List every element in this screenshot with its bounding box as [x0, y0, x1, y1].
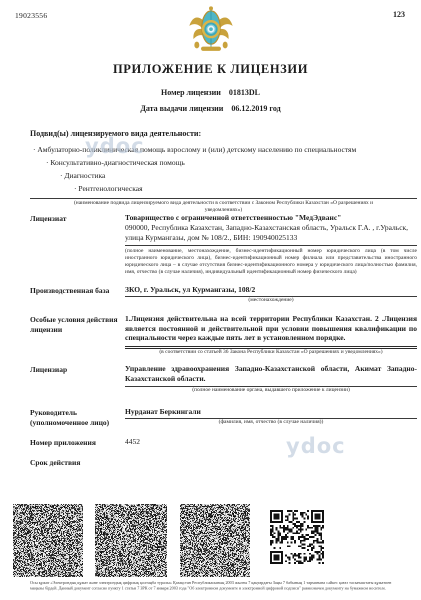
validity-label: Срок действия: [30, 457, 125, 468]
attachment-number-label: Номер приложения: [30, 437, 125, 448]
attachment-number-value: 4452: [125, 437, 417, 447]
licensee-address: 090000, Республика Казахстан, Западно-Ка…: [125, 223, 417, 243]
datamatrix-block-3: [180, 504, 250, 577]
production-base-footnote: (местонахождение): [125, 297, 417, 304]
validity-row: Срок действия: [30, 457, 417, 468]
activity-subtypes-section: Подвид(ы) лицензируемого вида деятельнос…: [30, 129, 417, 214]
issue-date-value: 06.12.2019 год: [231, 104, 280, 113]
head-footnote: (фамилия, имя, отчество (в случае наличи…: [125, 419, 417, 426]
footer: Осы құжат «Электрондық құжат және электр…: [30, 581, 391, 591]
emblem-container: [0, 4, 421, 61]
issue-date-line: Дата выдачи лицензии06.12.2019 год: [0, 104, 421, 113]
licensee-name: Товарищество с ограниченной ответственно…: [125, 213, 417, 223]
fields-section: Лицензиат Товарищество с ограниченной от…: [30, 213, 417, 468]
subtype-item: Амбулаторно-поликлиническая помощь взрос…: [33, 143, 417, 156]
subtype-item: Консультативно-диагностическая помощь: [46, 156, 417, 169]
licensor-footnote: (полное наименование органа, выдавшего п…: [125, 387, 417, 394]
licensee-value: Товарищество с ограниченной ответственно…: [125, 213, 417, 276]
license-number-value: 01813DL: [229, 88, 260, 97]
production-base-row: Производственная база ЗКО, г. Уральск, у…: [30, 285, 417, 304]
subtype-item: Рентгенологическая: [74, 182, 417, 195]
licensor-row: Лицензиар Управление здравоохранения Зап…: [30, 364, 417, 394]
special-conditions-value: 1.Лицензия действительна на всей террито…: [125, 314, 417, 356]
head-row: Руководитель (уполномоченное лицо) Нурда…: [30, 407, 417, 428]
document-title: ПРИЛОЖЕНИЕ К ЛИЦЕНЗИИ: [0, 62, 421, 77]
special-conditions-label: Особые условия действия лицензии: [30, 314, 125, 335]
qr-code: [270, 510, 324, 564]
head-value: Нурданат Беркингали (фамилия, имя, отчес…: [125, 407, 417, 426]
special-conditions-footnote: (в соответствии со статьей 36 Закона Рес…: [125, 349, 417, 356]
licensee-row: Лицензиат Товарищество с ограниченной от…: [30, 213, 417, 276]
subtypes-heading: Подвид(ы) лицензируемого вида деятельнос…: [30, 129, 417, 138]
licensor-value: Управление здравоохранения Западно-Казах…: [125, 364, 417, 394]
licensor-label: Лицензиар: [30, 364, 125, 375]
production-base-label: Производственная база: [30, 285, 125, 296]
issue-date-label: Дата выдачи лицензии: [140, 104, 223, 113]
subtypes-footnote: (наименование подвида лицензируемого вид…: [30, 200, 417, 214]
licensee-footnote: (полное наименование, местонахождение, б…: [125, 248, 417, 276]
production-base-value: ЗКО, г. Уральск, ул Курмангазы, 108/2 (м…: [125, 285, 417, 304]
licensee-label: Лицензиат: [30, 213, 125, 224]
license-number-label: Номер лицензии: [161, 88, 221, 97]
attachment-number-text: 4452: [125, 437, 417, 447]
subtype-item: Диагностика: [60, 169, 417, 182]
licensor-name: Управление здравоохранения Западно-Казах…: [125, 364, 417, 384]
special-conditions-row: Особые условия действия лицензии 1.Лицен…: [30, 314, 417, 356]
license-number-line: Номер лицензии01813DL: [0, 88, 421, 97]
license-appendix-document: 19023556 123 ПРИЛОЖЕ: [0, 0, 421, 600]
production-base-address: ЗКО, г. Уральск, ул Курмангазы, 108/2: [125, 285, 417, 297]
footer-legal-text: Осы құжат «Электрондық құжат және электр…: [30, 581, 391, 591]
special-conditions-text: 1.Лицензия действительна на всей террито…: [125, 314, 417, 343]
datamatrix-block-1: [13, 504, 83, 577]
divider-line: [125, 245, 417, 246]
kazakhstan-emblem-icon: [186, 4, 236, 61]
head-label: Руководитель (уполномоченное лицо): [30, 407, 125, 428]
attachment-number-row: Номер приложения 4452: [30, 437, 417, 448]
codes-strip: [13, 504, 408, 579]
divider-line: [30, 198, 417, 199]
datamatrix-block-2: [95, 504, 167, 577]
head-name: Нурданат Беркингали: [125, 407, 417, 419]
